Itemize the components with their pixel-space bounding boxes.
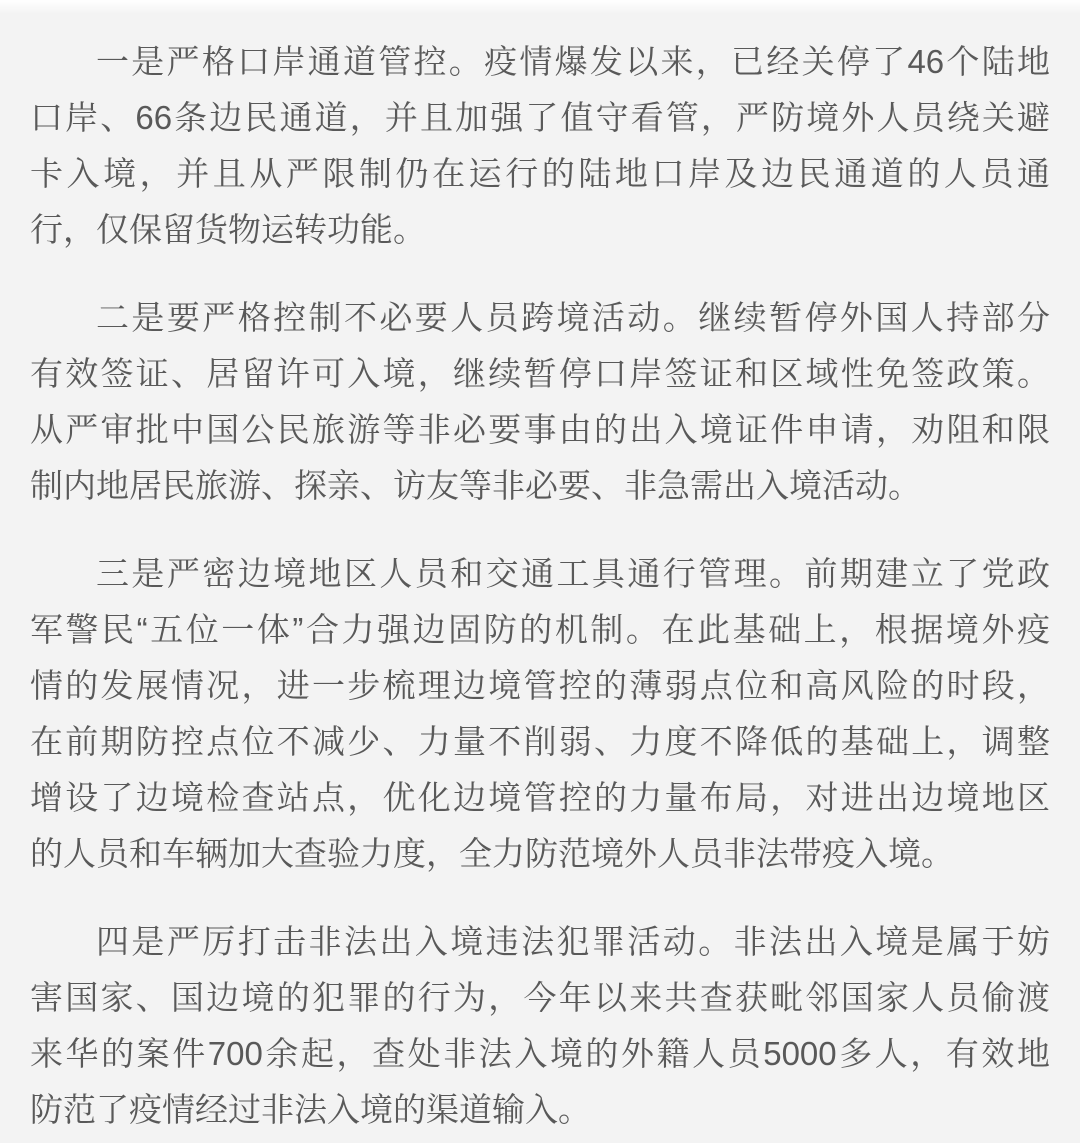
- paragraph-cross-border-activity-control: 二是要严格控制不必要人员跨境活动。继续暂停外国人持部分 有效签证、居留许可入境，…: [30, 290, 1050, 514]
- text-line: 增设了边境检查站点，优化边境管控的力量布局，对进出边境地区: [30, 770, 1050, 826]
- text-line: 一是严格口岸通道管控。疫情爆发以来，已经关停了46个陆地: [30, 34, 1050, 90]
- paragraph-illegal-entry-crackdown: 四是严厉打击非法出入境违法犯罪活动。非法出入境是属于妨 害国家、国边境的犯罪的行…: [30, 914, 1050, 1138]
- text-line: 的人员和车辆加大查验力度，全力防范境外人员非法带疫入境。: [30, 826, 1050, 882]
- text-line: 害国家、国边境的犯罪的行为，今年以来共查获毗邻国家人员偷渡: [30, 970, 1050, 1026]
- text-line: 有效签证、居留许可入境，继续暂停口岸签证和区域性免签政策。: [30, 346, 1050, 402]
- paragraph-border-port-control: 一是严格口岸通道管控。疫情爆发以来，已经关停了46个陆地 口岸、66条边民通道，…: [30, 34, 1050, 258]
- article-body: 一是严格口岸通道管控。疫情爆发以来，已经关停了46个陆地 口岸、66条边民通道，…: [0, 0, 1080, 1138]
- text-line: 二是要严格控制不必要人员跨境活动。继续暂停外国人持部分: [30, 290, 1050, 346]
- text-line: 卡入境，并且从严限制仍在运行的陆地口岸及边民通道的人员通: [30, 146, 1050, 202]
- text-line: 行，仅保留货物运转功能。: [30, 202, 1050, 258]
- text-line: 三是严密边境地区人员和交通工具通行管理。前期建立了党政: [30, 546, 1050, 602]
- text-line: 军警民“五位一体”合力强边固防的机制。在此基础上，根据境外疫: [30, 602, 1050, 658]
- paragraph-border-area-traffic-management: 三是严密边境地区人员和交通工具通行管理。前期建立了党政 军警民“五位一体”合力强…: [30, 546, 1050, 882]
- text-line: 制内地居民旅游、探亲、访友等非必要、非急需出入境活动。: [30, 458, 1050, 514]
- text-line: 从严审批中国公民旅游等非必要事由的出入境证件申请，劝阻和限: [30, 402, 1050, 458]
- text-line: 在前期防控点位不减少、力量不削弱、力度不降低的基础上，调整: [30, 714, 1050, 770]
- text-line: 防范了疫情经过非法入境的渠道输入。: [30, 1082, 1050, 1138]
- text-line: 口岸、66条边民通道，并且加强了值守看管，严防境外人员绕关避: [30, 90, 1050, 146]
- text-line: 情的发展情况，进一步梳理边境管控的薄弱点位和高风险的时段，: [30, 658, 1050, 714]
- text-line: 四是严厉打击非法出入境违法犯罪活动。非法出入境是属于妨: [30, 914, 1050, 970]
- text-line: 来华的案件700余起，查处非法入境的外籍人员5000多人，有效地: [30, 1026, 1050, 1082]
